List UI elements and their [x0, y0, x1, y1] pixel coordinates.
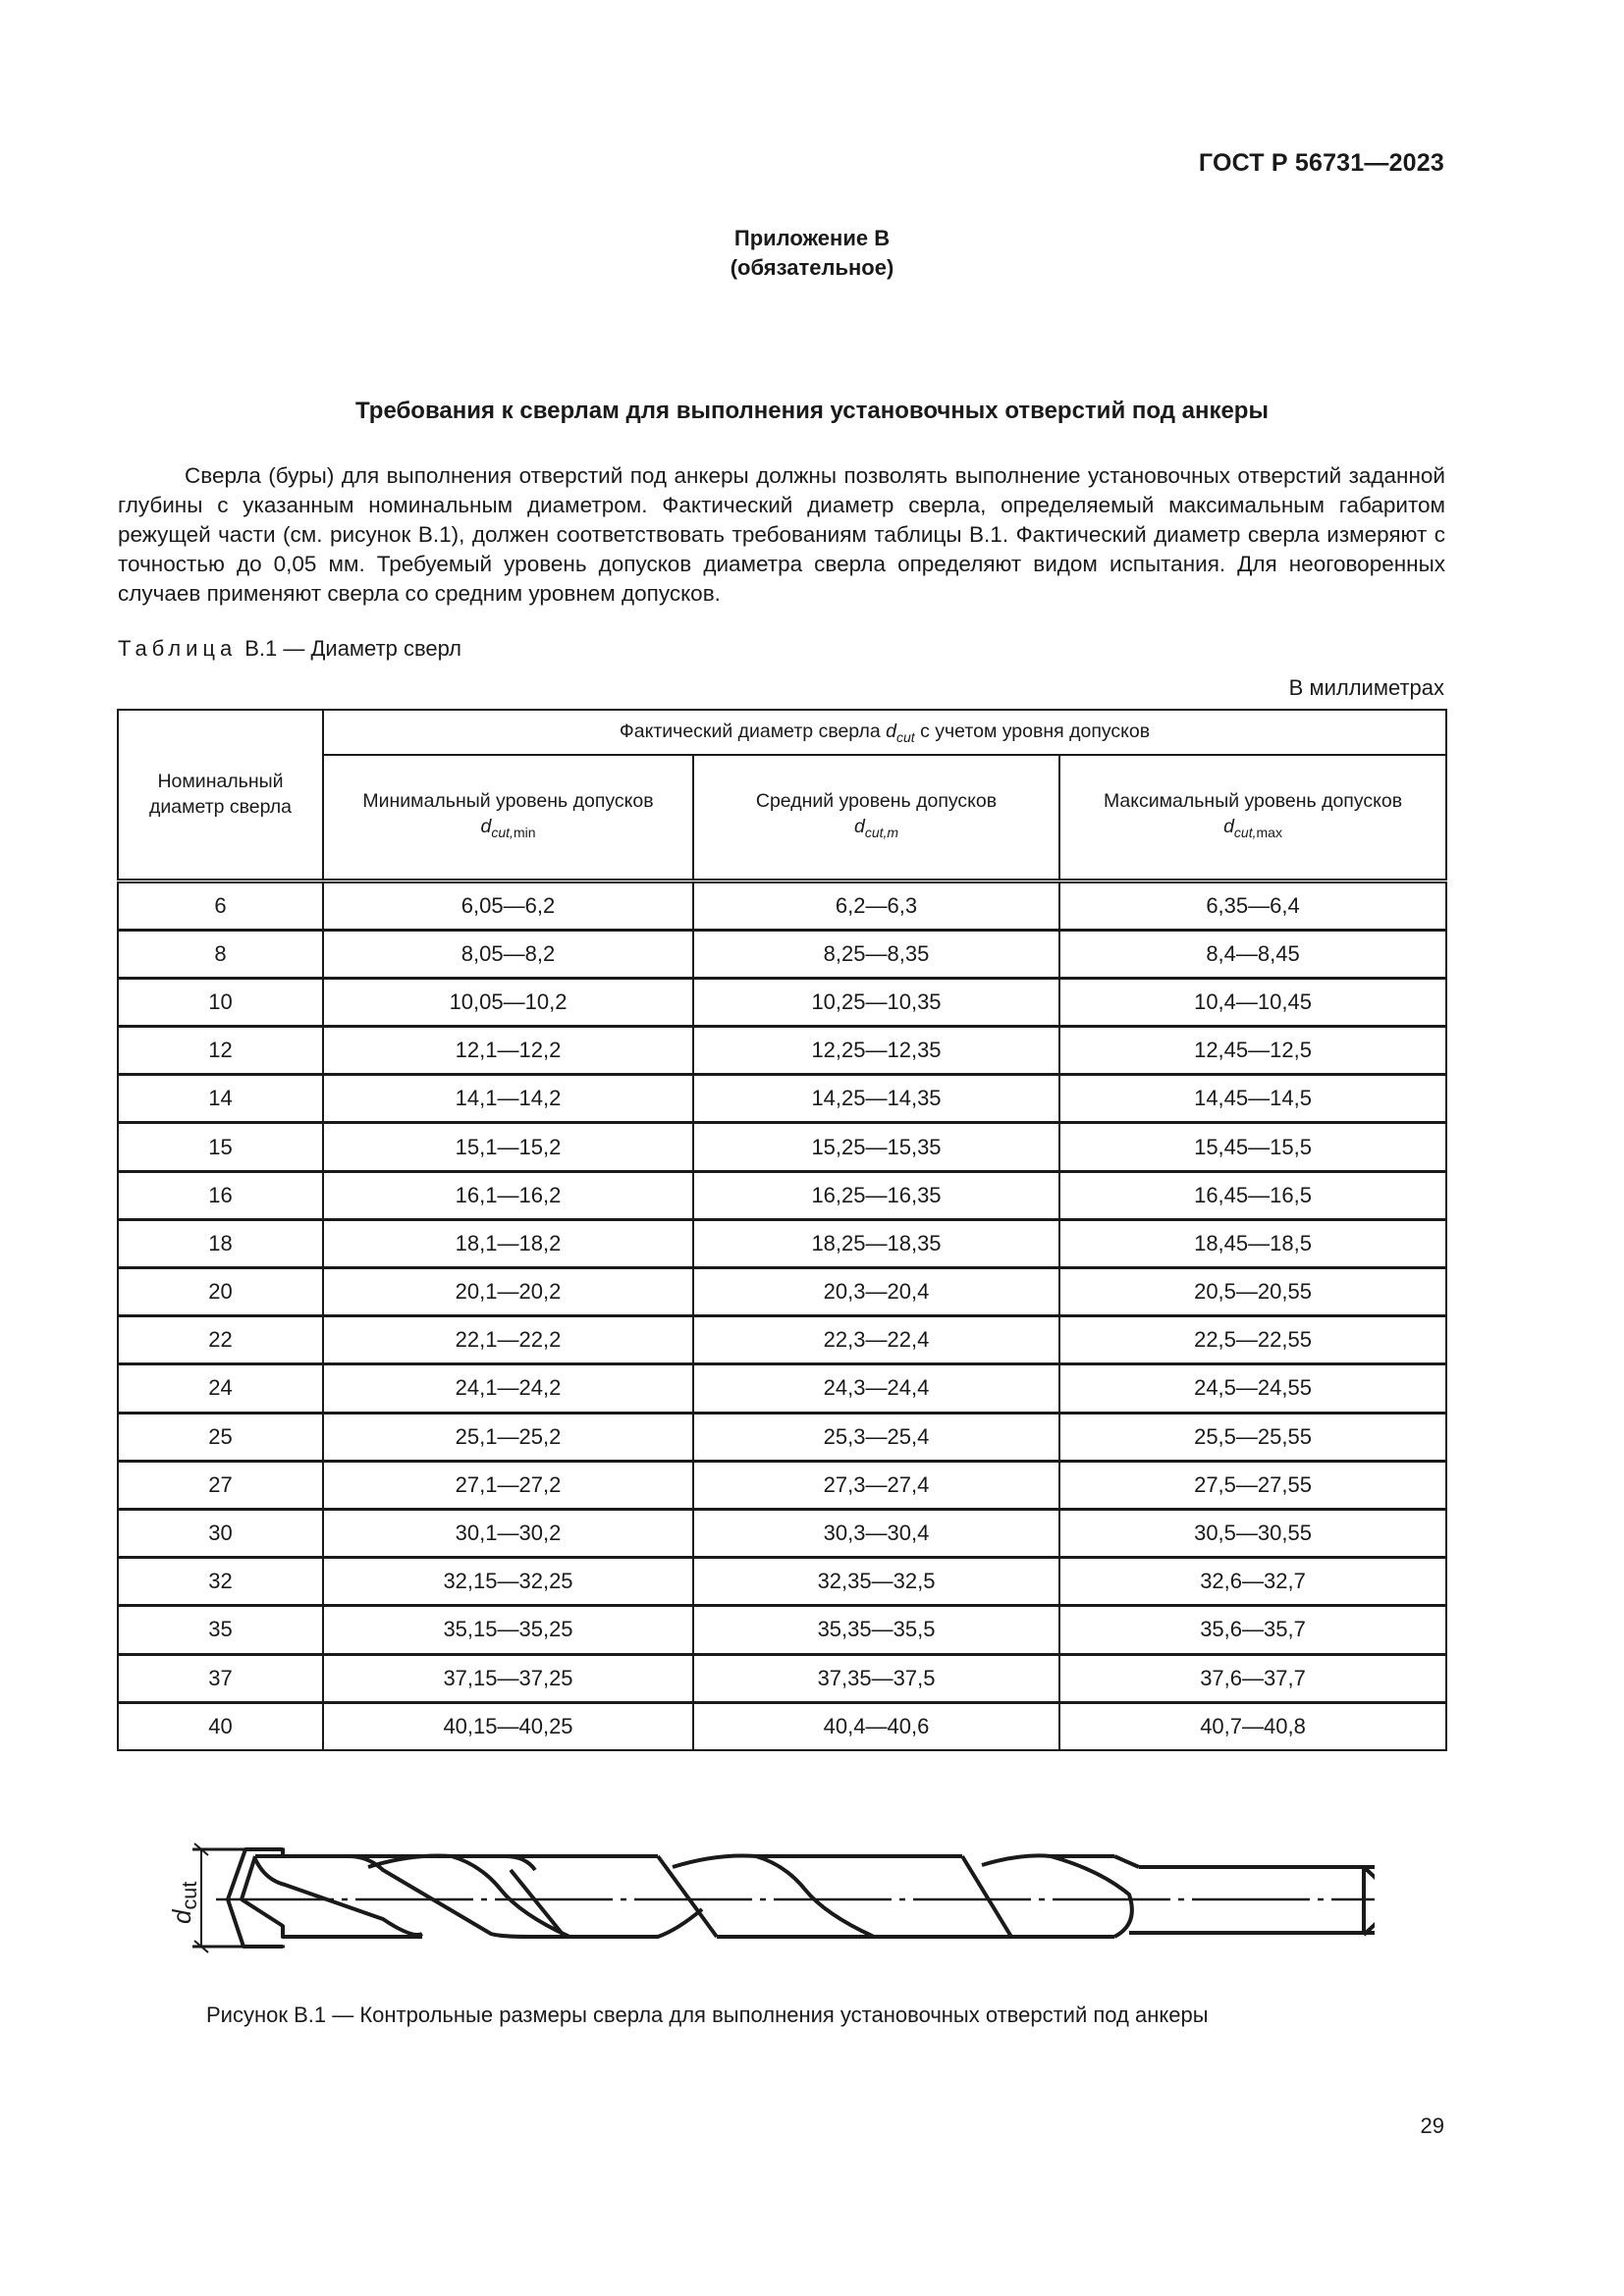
tolerance-range-cell: 10,4—10,45 [1059, 978, 1446, 1026]
table-row: 3030,1—30,230,3—30,430,5—30,55 [118, 1509, 1446, 1557]
tolerance-range-cell: 32,15—32,25 [323, 1558, 693, 1606]
tolerance-range-cell: 35,35—35,5 [693, 1606, 1059, 1654]
table-row: 1616,1—16,216,25—16,3516,45—16,5 [118, 1171, 1446, 1219]
tolerance-range-cell: 30,3—30,4 [693, 1509, 1059, 1557]
nominal-diameter-cell: 37 [118, 1654, 323, 1702]
table-caption: ТаблицаВ.1 — Диаметр сверл [118, 636, 461, 662]
table-row: 2020,1—20,220,3—20,420,5—20,55 [118, 1268, 1446, 1316]
tolerance-range-cell: 18,1—18,2 [323, 1219, 693, 1267]
nominal-diameter-cell: 24 [118, 1364, 323, 1413]
tolerance-range-cell: 14,25—14,35 [693, 1075, 1059, 1123]
table-row: 66,05—6,26,2—6,36,35—6,4 [118, 881, 1446, 930]
tolerance-range-cell: 6,2—6,3 [693, 881, 1059, 930]
tolerance-range-cell: 12,1—12,2 [323, 1027, 693, 1075]
table-row: 2424,1—24,224,3—24,424,5—24,55 [118, 1364, 1446, 1413]
tolerance-range-cell: 14,1—14,2 [323, 1075, 693, 1123]
tolerance-range-cell: 27,1—27,2 [323, 1461, 693, 1509]
tolerance-range-cell: 27,3—27,4 [693, 1461, 1059, 1509]
nominal-diameter-cell: 16 [118, 1171, 323, 1219]
tolerance-range-cell: 20,5—20,55 [1059, 1268, 1446, 1316]
tolerance-range-cell: 8,25—8,35 [693, 930, 1059, 978]
tolerance-range-cell: 40,7—40,8 [1059, 1702, 1446, 1750]
tolerance-range-cell: 15,25—15,35 [693, 1123, 1059, 1171]
tolerance-range-cell: 24,3—24,4 [693, 1364, 1059, 1413]
tolerance-range-cell: 30,5—30,55 [1059, 1509, 1446, 1557]
table-units: В миллиметрах [1289, 675, 1444, 701]
tolerance-range-cell: 6,05—6,2 [323, 881, 693, 930]
nominal-diameter-cell: 15 [118, 1123, 323, 1171]
tolerance-range-cell: 10,25—10,35 [693, 978, 1059, 1026]
annex-status: (обязательное) [0, 253, 1624, 283]
nominal-diameter-cell: 20 [118, 1268, 323, 1316]
table-row: 1818,1—18,218,25—18,3518,45—18,5 [118, 1219, 1446, 1267]
dcut-symbol: dcut [886, 721, 915, 742]
nominal-diameter-cell: 32 [118, 1558, 323, 1606]
tolerance-range-cell: 37,35—37,5 [693, 1654, 1059, 1702]
tolerance-range-cell: 24,5—24,55 [1059, 1364, 1446, 1413]
nominal-diameter-cell: 18 [118, 1219, 323, 1267]
annex-heading: Приложение В (обязательное) [0, 224, 1624, 283]
tolerance-range-cell: 37,15—37,25 [323, 1654, 693, 1702]
nominal-diameter-cell: 27 [118, 1461, 323, 1509]
tolerance-range-cell: 12,25—12,35 [693, 1027, 1059, 1075]
tolerance-range-cell: 8,4—8,45 [1059, 930, 1446, 978]
tolerance-range-cell: 16,1—16,2 [323, 1171, 693, 1219]
tolerance-range-cell: 25,5—25,55 [1059, 1413, 1446, 1461]
table-caption-word: Таблица [118, 636, 237, 661]
tolerance-range-cell: 22,3—22,4 [693, 1316, 1059, 1364]
tolerance-range-cell: 15,1—15,2 [323, 1123, 693, 1171]
header-tolerance-level: Максимальный уровень допусковdcut,max [1059, 755, 1446, 881]
header-actual-diameter-group: Фактический диаметр сверла dcut с учетом… [323, 710, 1446, 755]
tolerance-range-cell: 6,35—6,4 [1059, 881, 1446, 930]
nominal-diameter-cell: 40 [118, 1702, 323, 1750]
table-row: 1212,1—12,212,25—12,3512,45—12,5 [118, 1027, 1446, 1075]
tolerance-range-cell: 24,1—24,2 [323, 1364, 693, 1413]
tolerance-range-cell: 8,05—8,2 [323, 930, 693, 978]
nominal-diameter-cell: 12 [118, 1027, 323, 1075]
dcut-dimension-label: dcut [167, 1882, 202, 1924]
header-nominal-diameter: Номинальный диаметр сверла [118, 710, 323, 881]
nominal-diameter-cell: 25 [118, 1413, 323, 1461]
annex-title: Приложение В [0, 224, 1624, 253]
figure-caption: Рисунок В.1 — Контрольные размеры сверла… [206, 2002, 1209, 2028]
header-tolerance-level: Средний уровень допусковdcut,m [693, 755, 1059, 881]
tolerance-range-cell: 35,6—35,7 [1059, 1606, 1446, 1654]
drill-diameter-table: Номинальный диаметр сверла Фактический д… [117, 709, 1447, 1751]
tolerance-range-cell: 37,6—37,7 [1059, 1654, 1446, 1702]
nominal-diameter-cell: 22 [118, 1316, 323, 1364]
tolerance-range-cell: 22,5—22,55 [1059, 1316, 1446, 1364]
table-row: 1010,05—10,210,25—10,3510,4—10,45 [118, 978, 1446, 1026]
tolerance-range-cell: 14,45—14,5 [1059, 1075, 1446, 1123]
body-paragraph: Сверла (буры) для выполнения отверстий п… [118, 461, 1445, 609]
tolerance-range-cell: 27,5—27,55 [1059, 1461, 1446, 1509]
table-row: 1414,1—14,214,25—14,3514,45—14,5 [118, 1075, 1446, 1123]
nominal-diameter-cell: 30 [118, 1509, 323, 1557]
table-row: 3535,15—35,2535,35—35,535,6—35,7 [118, 1606, 1446, 1654]
nominal-diameter-cell: 10 [118, 978, 323, 1026]
table-row: 88,05—8,28,25—8,358,4—8,45 [118, 930, 1446, 978]
tolerance-range-cell: 16,25—16,35 [693, 1171, 1059, 1219]
tolerance-range-cell: 12,45—12,5 [1059, 1027, 1446, 1075]
tolerance-range-cell: 35,15—35,25 [323, 1606, 693, 1654]
tolerance-range-cell: 22,1—22,2 [323, 1316, 693, 1364]
nominal-diameter-cell: 6 [118, 881, 323, 930]
drill-diagram [157, 1836, 1375, 1983]
tolerance-range-cell: 25,1—25,2 [323, 1413, 693, 1461]
tolerance-range-cell: 25,3—25,4 [693, 1413, 1059, 1461]
nominal-diameter-cell: 35 [118, 1606, 323, 1654]
table-row: 2727,1—27,227,3—27,427,5—27,55 [118, 1461, 1446, 1509]
page-number: 29 [1421, 2113, 1444, 2139]
tolerance-range-cell: 18,45—18,5 [1059, 1219, 1446, 1267]
table-row: 2525,1—25,225,3—25,425,5—25,55 [118, 1413, 1446, 1461]
tolerance-range-cell: 40,4—40,6 [693, 1702, 1059, 1750]
nominal-diameter-cell: 14 [118, 1075, 323, 1123]
table-row: 1515,1—15,215,25—15,3515,45—15,5 [118, 1123, 1446, 1171]
table-row: 4040,15—40,2540,4—40,640,7—40,8 [118, 1702, 1446, 1750]
document-code: ГОСТ Р 56731—2023 [1199, 149, 1444, 178]
tolerance-range-cell: 15,45—15,5 [1059, 1123, 1446, 1171]
table-row: 2222,1—22,222,3—22,422,5—22,55 [118, 1316, 1446, 1364]
tolerance-range-cell: 20,3—20,4 [693, 1268, 1059, 1316]
tolerance-range-cell: 32,35—32,5 [693, 1558, 1059, 1606]
nominal-diameter-cell: 8 [118, 930, 323, 978]
table-row: 3232,15—32,2532,35—32,532,6—32,7 [118, 1558, 1446, 1606]
header-tolerance-level: Минимальный уровень допусковdcut,min [323, 755, 693, 881]
tolerance-range-cell: 40,15—40,25 [323, 1702, 693, 1750]
tolerance-range-cell: 20,1—20,2 [323, 1268, 693, 1316]
section-title: Требования к сверлам для выполнения уста… [0, 398, 1624, 425]
tolerance-range-cell: 18,25—18,35 [693, 1219, 1059, 1267]
table-row: 3737,15—37,2537,35—37,537,6—37,7 [118, 1654, 1446, 1702]
tolerance-range-cell: 16,45—16,5 [1059, 1171, 1446, 1219]
tolerance-range-cell: 30,1—30,2 [323, 1509, 693, 1557]
tolerance-range-cell: 10,05—10,2 [323, 978, 693, 1026]
tolerance-range-cell: 32,6—32,7 [1059, 1558, 1446, 1606]
table-caption-title: В.1 — Диаметр сверл [244, 636, 461, 661]
